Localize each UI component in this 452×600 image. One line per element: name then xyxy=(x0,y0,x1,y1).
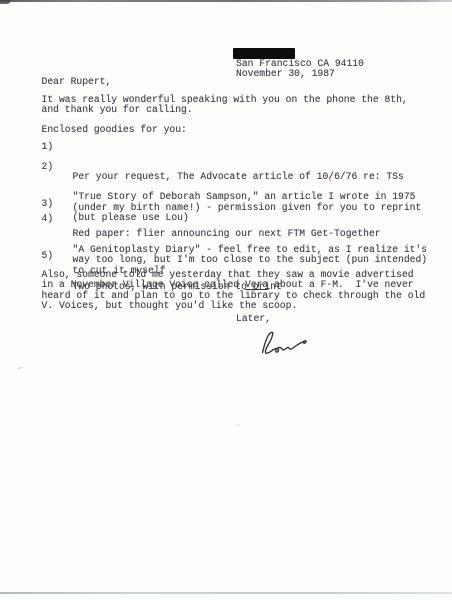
address-date-block: San Francisco CA 94110 November 30, 1987 xyxy=(236,59,364,80)
scanned-letter-page: San Francisco CA 94110 November 30, 1987… xyxy=(0,0,452,600)
paper-speck xyxy=(329,178,331,182)
paper-speck xyxy=(17,366,23,369)
item-number: 4) xyxy=(42,214,54,224)
item-number: 1) xyxy=(42,142,54,152)
opening-paragraph: It was really wonderful speaking with yo… xyxy=(42,95,408,116)
salutation: Dear Rupert, xyxy=(42,77,112,87)
enclosed-heading: Enclosed goodies for you: xyxy=(42,125,187,135)
scan-edge-top-artifact xyxy=(0,0,452,2)
signature-stroke xyxy=(261,330,307,354)
scan-edge-bottom-artifact xyxy=(0,592,452,594)
scan-corner-artifact xyxy=(0,0,11,4)
closing-paragraph: Also, someone told me yesterday that the… xyxy=(42,270,426,311)
closing-salutation: Later, xyxy=(236,314,271,324)
item-number: 5) xyxy=(42,251,54,261)
redacted-address-bar xyxy=(233,48,295,59)
handwritten-signature xyxy=(255,327,313,359)
paper-speck xyxy=(236,424,240,426)
date-line: November 30, 1987 xyxy=(236,69,364,79)
item-number: 3) xyxy=(42,199,54,209)
item-number: 2) xyxy=(42,162,54,172)
